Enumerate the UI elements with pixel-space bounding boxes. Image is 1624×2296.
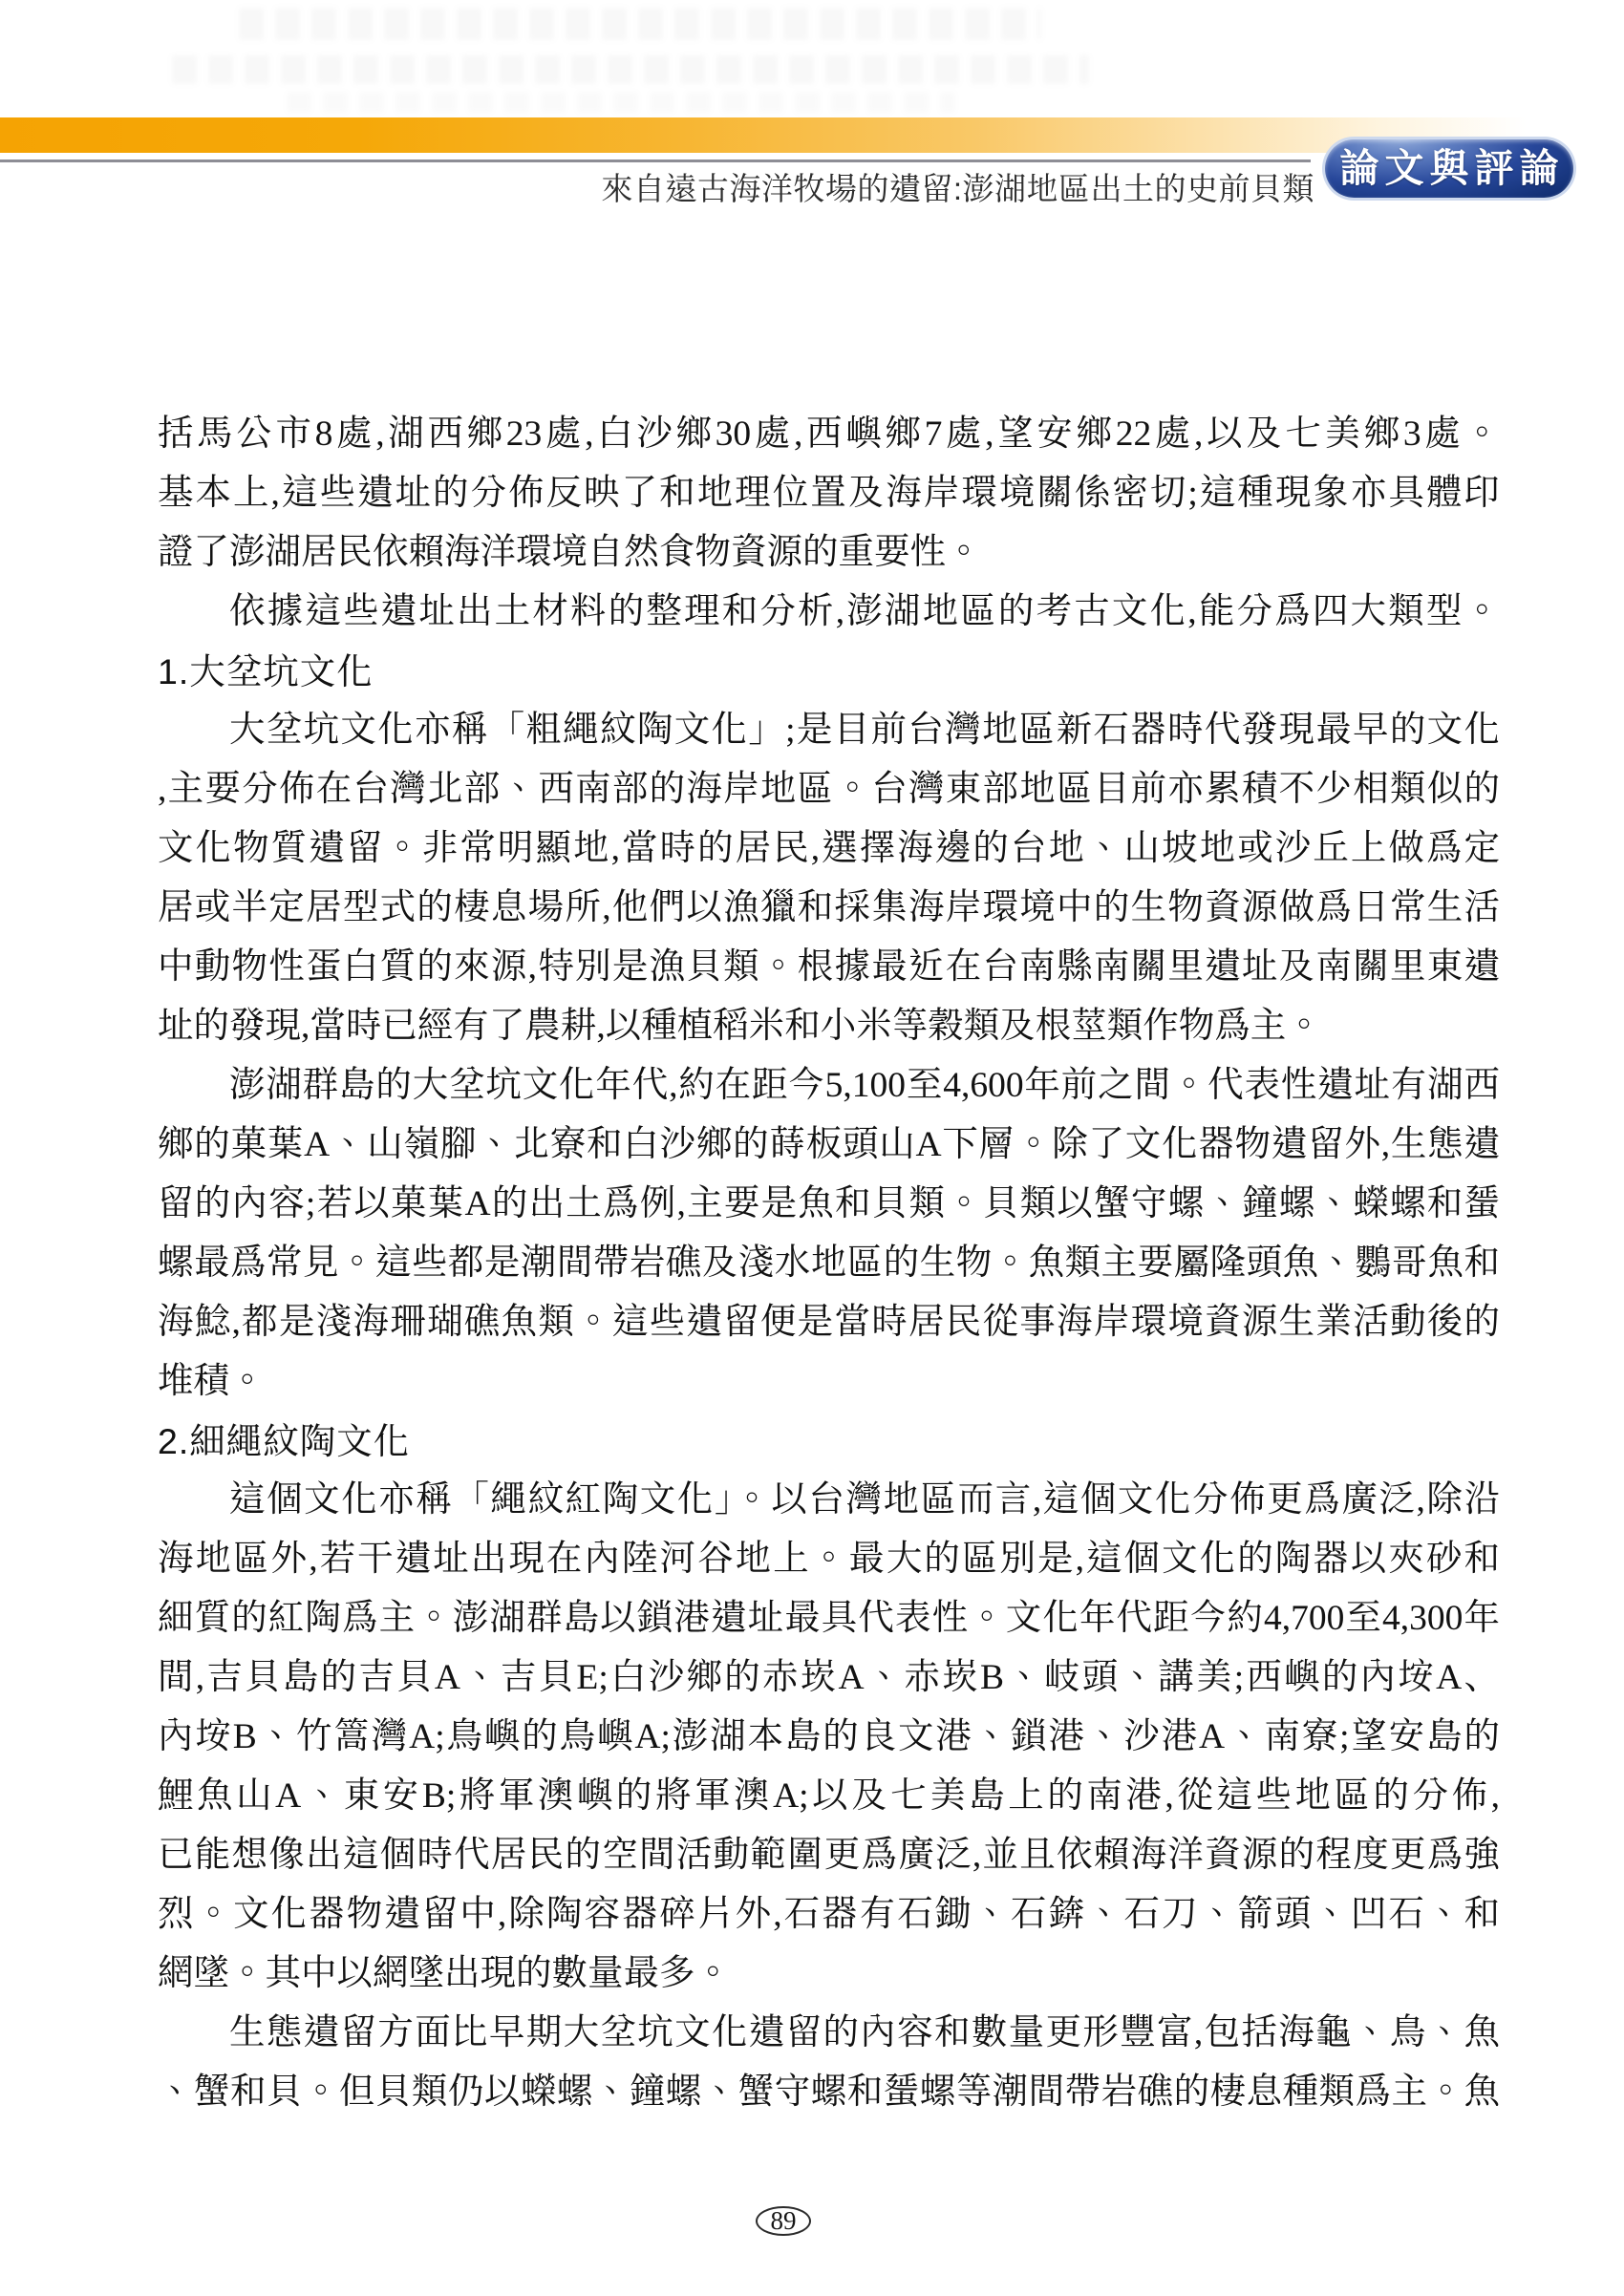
running-head-title: 來自遠古海洋牧場的遺留:澎湖地區出土的史前貝類 — [601, 169, 1314, 209]
category-badge-label: 論文與評論 — [1335, 149, 1565, 188]
body-line: 基本上,這些遺址的分佈反映了和地理位置及海岸環境關係密切;這種現象亦具體印 — [158, 464, 1500, 523]
body-line: 鯉魚山A、東安B;將軍澳嶼的將軍澳A;以及七美島上的南港,從這些地區的分佈, — [158, 1767, 1500, 1826]
body-line: 海地區外,若干遺址出現在內陸河谷地上。最大的區別是,這個文化的陶器以夾砂和 — [158, 1530, 1500, 1589]
body-line: ,主要分佈在台灣北部、西南部的海岸地區。台灣東部地區目前亦累積不少相類似的 — [158, 760, 1500, 819]
header-rule — [0, 159, 1311, 162]
journal-page: 論文與評論 來自遠古海洋牧場的遺留:澎湖地區出土的史前貝類 括馬公市8處,湖西鄉… — [0, 0, 1624, 2296]
article-body: 括馬公市8處,湖西鄉23處,白沙鄉30處,西嶼鄉7處,望安鄉22處,以及七美鄉3… — [158, 405, 1500, 2122]
body-line: 堆積。 — [158, 1352, 1500, 1412]
page-number-ellipse: 89 — [756, 2206, 811, 2236]
body-line: 螺最爲常見。這些都是潮間帶岩礁及淺水地區的生物。魚類主要屬隆頭魚、鸚哥魚和 — [158, 1234, 1500, 1293]
body-line: 內垵B、竹篙灣A;鳥嶼的鳥嶼A;澎湖本島的良文港、鎖港、沙港A、南寮;望安島的 — [158, 1708, 1500, 1767]
body-line: 中動物性蛋白質的來源,特別是漁貝類。根據最近在台南縣南關里遺址及南關里東遺 — [158, 938, 1500, 997]
section-heading-2: 2.細繩紋陶文化 — [158, 1412, 1500, 1471]
body-line: 、蟹和貝。但貝類仍以蠑螺、鐘螺、蟹守螺和蜑螺等潮間帶岩礁的棲息種類爲主。魚 — [158, 2063, 1500, 2122]
body-line: 間,吉貝島的吉貝A、吉貝E;白沙鄉的赤崁A、赤崁B、岐頭、講美;西嶼的內垵A、 — [158, 1648, 1500, 1708]
body-line: 址的發現,當時已經有了農耕,以種植稻米和小米等穀類及根莖類作物爲主。 — [158, 997, 1500, 1056]
category-badge: 論文與評論 — [1325, 139, 1573, 198]
body-line: 網墜。其中以網墜出現的數量最多。 — [158, 1945, 1500, 2004]
body-line: 鄉的菓葉A、山嶺腳、北寮和白沙鄉的蒔板頭山A下層。除了文化器物遺留外,生態遺 — [158, 1116, 1500, 1175]
body-line: 已能想像出這個時代居民的空間活動範圍更爲廣泛,並且依賴海洋資源的程度更爲強 — [158, 1826, 1500, 1885]
body-line: 括馬公市8處,湖西鄉23處,白沙鄉30處,西嶼鄉7處,望安鄉22處,以及七美鄉3… — [158, 405, 1500, 464]
body-line: 居或半定居型式的棲息場所,他們以漁獵和採集海岸環境中的生物資源做爲日常生活 — [158, 879, 1500, 938]
body-line: 依據這些遺址出土材料的整理和分析,澎湖地區的考古文化,能分爲四大類型。 — [158, 583, 1500, 642]
body-line: 海鯰,都是淺海珊瑚礁魚類。這些遺留便是當時居民從事海岸環境資源生業活動後的 — [158, 1293, 1500, 1352]
page-number: 89 — [771, 2208, 797, 2234]
body-line: 大坌坑文化亦稱「粗繩紋陶文化」;是目前台灣地區新石器時代發現最早的文化 — [158, 701, 1500, 760]
body-line: 細質的紅陶爲主。澎湖群島以鎖港遺址最具代表性。文化年代距今約4,700至4,30… — [158, 1589, 1500, 1648]
body-line: 烈。文化器物遺留中,除陶容器碎片外,石器有石鋤、石錛、石刀、箭頭、凹石、和 — [158, 1885, 1500, 1945]
ghost-print-through — [239, 8, 1041, 40]
body-line: 這個文化亦稱「繩紋紅陶文化」。以台灣地區而言,這個文化分佈更爲廣泛,除沿 — [158, 1471, 1500, 1530]
body-line: 留的內容;若以菓葉A的出土爲例,主要是魚和貝類。貝類以蟹守螺、鐘螺、蠑螺和蜑 — [158, 1175, 1500, 1234]
ghost-print-through — [172, 55, 1089, 84]
body-line: 文化物質遺留。非常明顯地,當時的居民,選擇海邊的台地、山坡地或沙丘上做爲定 — [158, 819, 1500, 879]
section-heading-1: 1.大坌坑文化 — [158, 642, 1500, 701]
body-line: 生態遺留方面比早期大坌坑文化遺留的內容和數量更形豐富,包括海龜、鳥、魚 — [158, 2004, 1500, 2063]
ghost-print-through — [287, 92, 955, 113]
body-line: 證了澎湖居民依賴海洋環境自然食物資源的重要性。 — [158, 523, 1500, 583]
body-line: 澎湖群島的大坌坑文化年代,約在距今5,100至4,600年前之間。代表性遺址有湖… — [158, 1056, 1500, 1116]
